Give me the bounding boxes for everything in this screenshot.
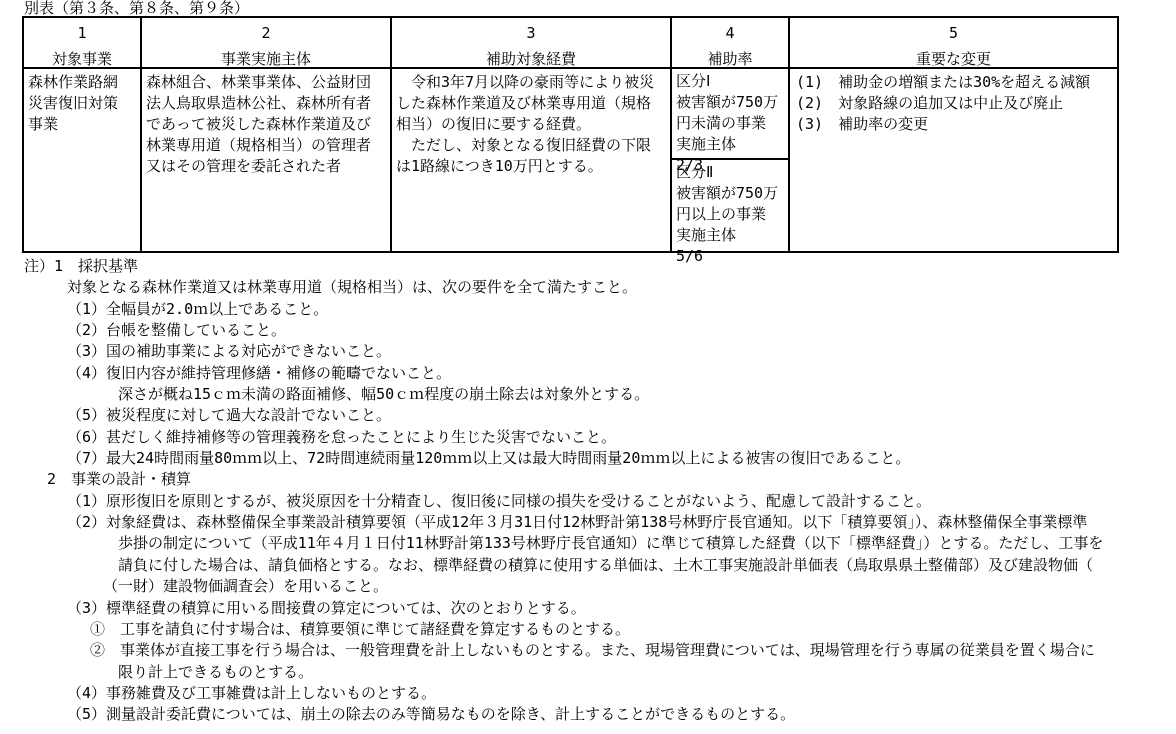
header-label: 事業実施主体 — [142, 49, 390, 69]
cell-target-project: 森林作業路網 災害復旧対策 事業 — [24, 69, 142, 251]
header-important-changes: 5 重要な変更 — [790, 18, 1117, 69]
note-line: （一財）建設物価調査会）を用いること。 — [24, 576, 1103, 597]
page-title: 別表（第３条、第８条、第９条） — [24, 0, 249, 17]
note-line: （2）対象経費は、森林整備保全事業設計積算要領（平成12年３月31日付12林野計… — [24, 512, 1103, 533]
header-number: 1 — [24, 23, 140, 43]
note-line: （5）被災程度に対して過大な設計でないこと。 — [24, 405, 1103, 426]
cell-eligible-expenses: 令和3年7月以降の豪雨等により被災 した森林作業道及び林業専用道（規格 相当）の… — [392, 69, 672, 251]
note-line: （2）台帳を整備していること。 — [24, 320, 1103, 341]
header-label: 補助率 — [672, 49, 788, 69]
header-eligible-expenses: 3 補助対象経費 — [392, 18, 672, 69]
subsidy-table: 1 対象事業 2 事業実施主体 3 補助対象経費 4 補助率 5 重要な変更 森… — [22, 16, 1119, 253]
cell-important-changes: (1) 補助金の増額または30%を超える減額 (2) 対象路線の追加又は中止及び… — [790, 69, 1117, 251]
note-line: 対象となる森林作業道又は林業専用道（規格相当）は、次の要件を全て満たすこと。 — [24, 277, 1103, 298]
note-line: （5）測量設計委託費については、崩土の除去のみ等簡易なものを除き、計上することが… — [24, 704, 1103, 725]
note-line: （1）全幅員が2.0ｍ以上であること。 — [24, 299, 1103, 320]
note-line: 注）1 採択基準 — [24, 256, 1103, 277]
cell-subsidy-rate: 区分Ⅰ 被害額が750万 円未満の事業 実施主体 2/3 区分Ⅱ 被害額が750… — [672, 69, 790, 251]
header-label: 対象事業 — [24, 49, 140, 69]
note-line: （4）事務雑費及び工事雑費は計上しないものとする。 — [24, 683, 1103, 704]
header-subsidy-rate: 4 補助率 — [672, 18, 790, 69]
cell-implementing-body: 森林組合、林業事業体、公益財団 法人鳥取県造林公社、森林所有者 であって被災した… — [142, 69, 392, 251]
header-number: 5 — [790, 23, 1117, 43]
document-page: 別表（第３条、第８条、第９条） 1 対象事業 2 事業実施主体 3 補助対象経費… — [0, 0, 1176, 734]
note-line: 歩掛の制定について（平成11年４月１日付11林野計第133号林野庁長官通知）に準… — [24, 533, 1103, 554]
note-line: （3）国の補助事業による対応ができないこと。 — [24, 341, 1103, 362]
header-number: 3 — [392, 23, 670, 43]
note-line: ② 事業体が直接工事を行う場合は、一般管理費を計上しないものとする。また、現場管… — [24, 640, 1103, 661]
note-line: 2 事業の設計・積算 — [24, 469, 1103, 490]
note-line: （1）原形復旧を原則とするが、被災原因を十分精査し、復旧後に同様の損失を受けるこ… — [24, 491, 1103, 512]
subsidy-rate-category-1: 区分Ⅰ 被害額が750万 円未満の事業 実施主体 2/3 — [672, 69, 788, 160]
note-line: 限り計上できるものとする。 — [24, 662, 1103, 683]
note-line: 深さが概ね15ｃｍ未満の路面補修、幅50ｃｍ程度の崩土除去は対象外とする。 — [24, 384, 1103, 405]
note-line: （6）甚だしく維持補修等の管理義務を怠ったことにより生じた災害でないこと。 — [24, 427, 1103, 448]
note-line: （7）最大24時間雨量80ｍｍ以上、72時間連続雨量120ｍｍ以上又は最大時間雨… — [24, 448, 1103, 469]
note-line: 請負に付した場合は、請負価格とする。なお、標準経費の積算に使用する単価は、土木工… — [24, 555, 1103, 576]
header-target-project: 1 対象事業 — [24, 18, 142, 69]
notes-section: 注）1 採択基準 対象となる森林作業道又は林業専用道（規格相当）は、次の要件を全… — [24, 256, 1103, 726]
note-line: （3）標準経費の積算に用いる間接費の算定については、次のとおりとする。 — [24, 598, 1103, 619]
note-line: （4）復旧内容が維持管理修繕・補修の範疇でないこと。 — [24, 363, 1103, 384]
subsidy-rate-category-2: 区分Ⅱ 被害額が750万 円以上の事業 実施主体 5/6 — [672, 160, 788, 251]
header-number: 4 — [672, 23, 788, 43]
header-label: 補助対象経費 — [392, 49, 670, 69]
header-label: 重要な変更 — [790, 49, 1117, 69]
header-implementing-body: 2 事業実施主体 — [142, 18, 392, 69]
note-line: ① 工事を請負に付す場合は、積算要領に準じて諸経費を算定するものとする。 — [24, 619, 1103, 640]
header-number: 2 — [142, 23, 390, 43]
